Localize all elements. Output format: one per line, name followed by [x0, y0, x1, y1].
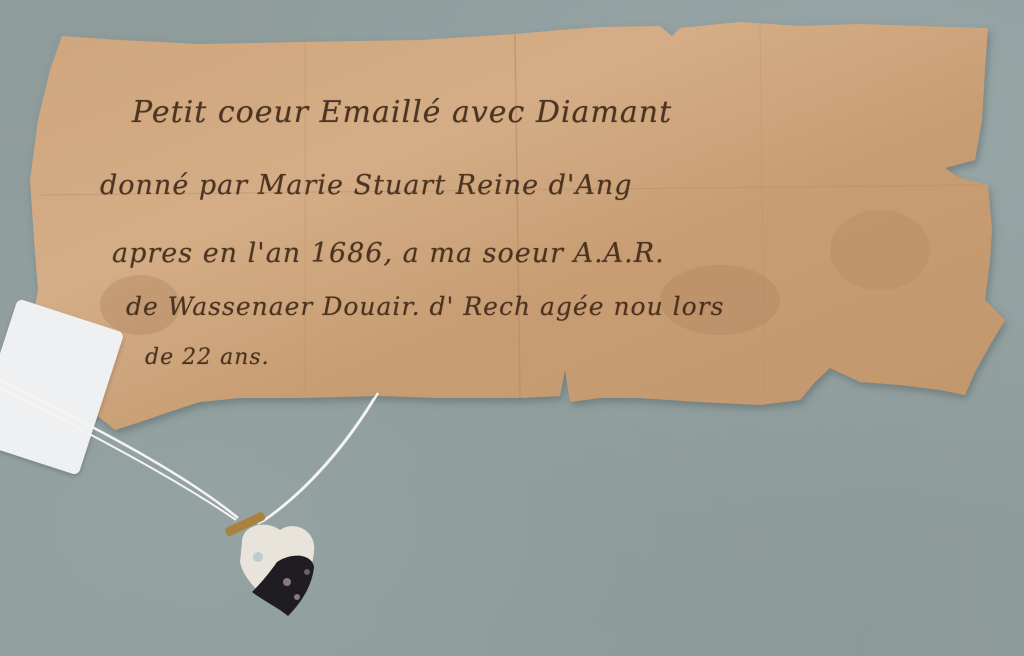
note-line-3: apres en l'an 1686, a ma soeur A.A.R. — [112, 238, 665, 269]
note-line-5: de 22 ans. — [145, 345, 270, 370]
note-line-2: donné par Marie Stuart Reine d'Ang — [100, 170, 633, 201]
note-line-4: de Wassenaer Douair. d' Rech agée nou lo… — [126, 292, 724, 321]
enamel-heart-pendant — [222, 512, 322, 622]
note-line-1: Petit coeur Emaillé avec Diamant — [132, 95, 672, 130]
photo-scene: Petit coeur Emaillé avec Diamant donné p… — [0, 0, 1024, 656]
